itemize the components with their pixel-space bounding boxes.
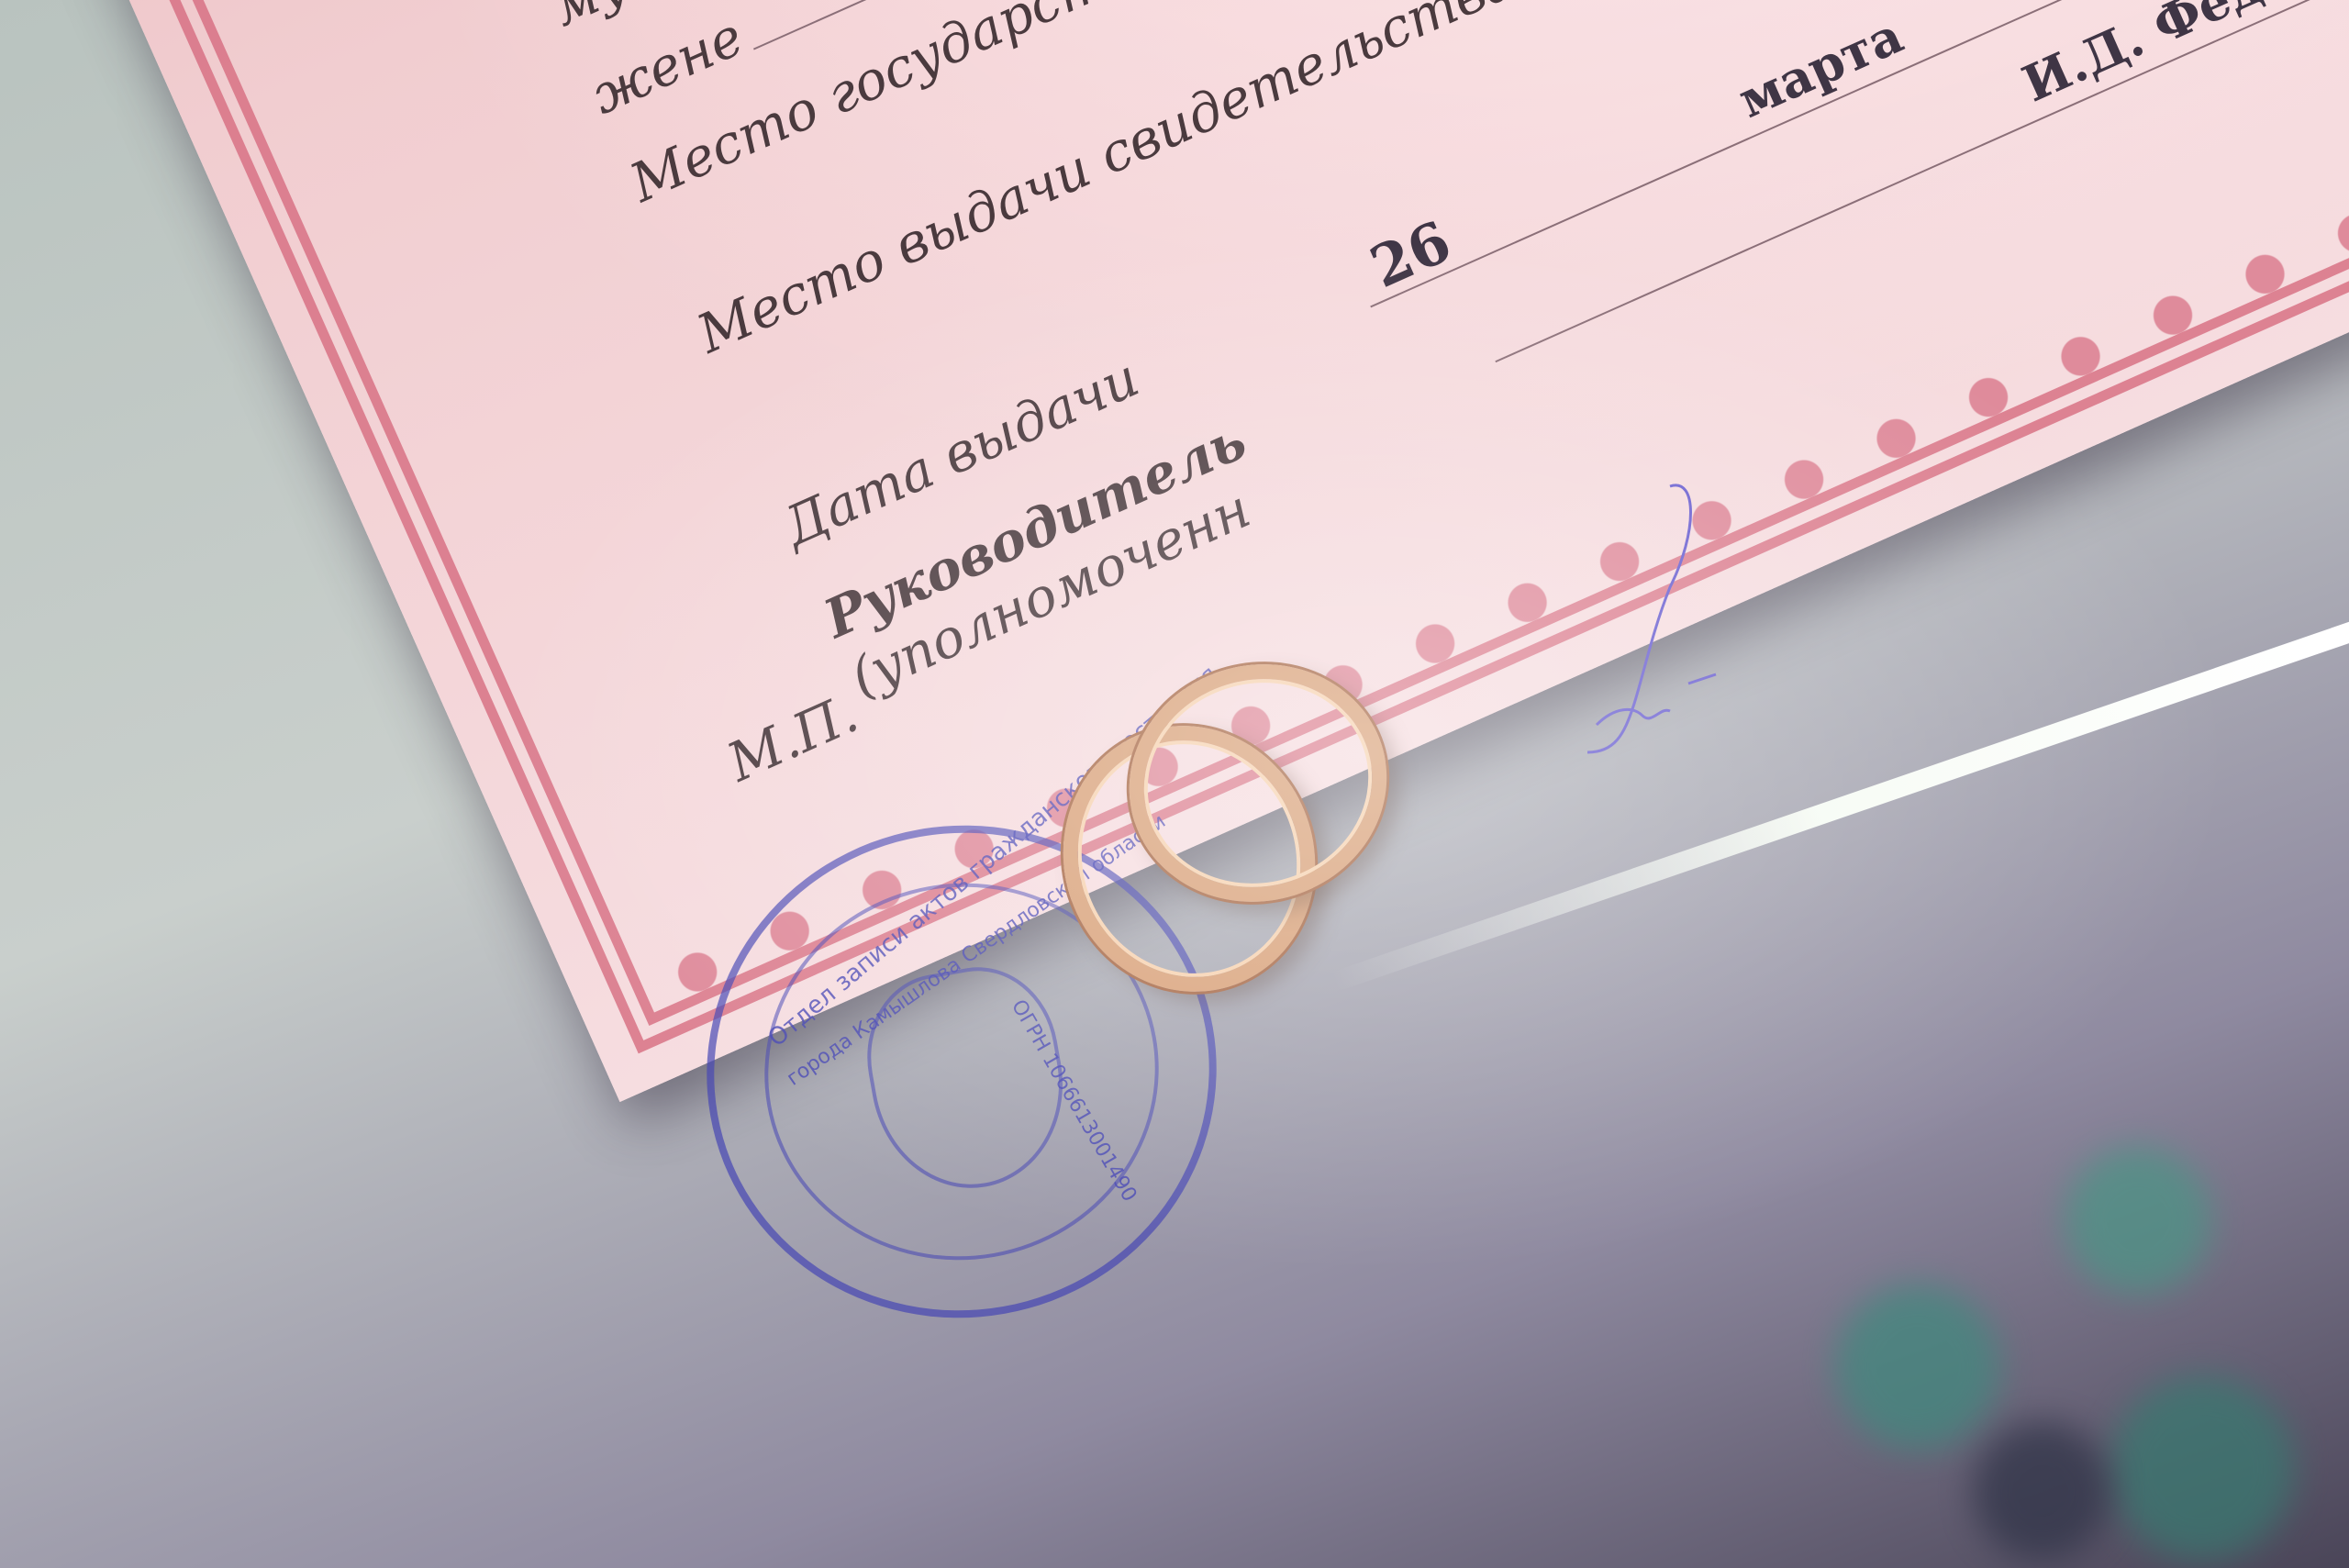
bokeh-light <box>1835 1284 2000 1450</box>
bokeh-light <box>2065 1147 2211 1294</box>
handwritten-signature <box>1560 477 1762 771</box>
bokeh-light <box>1973 1422 2110 1560</box>
bokeh-light <box>2110 1376 2294 1560</box>
